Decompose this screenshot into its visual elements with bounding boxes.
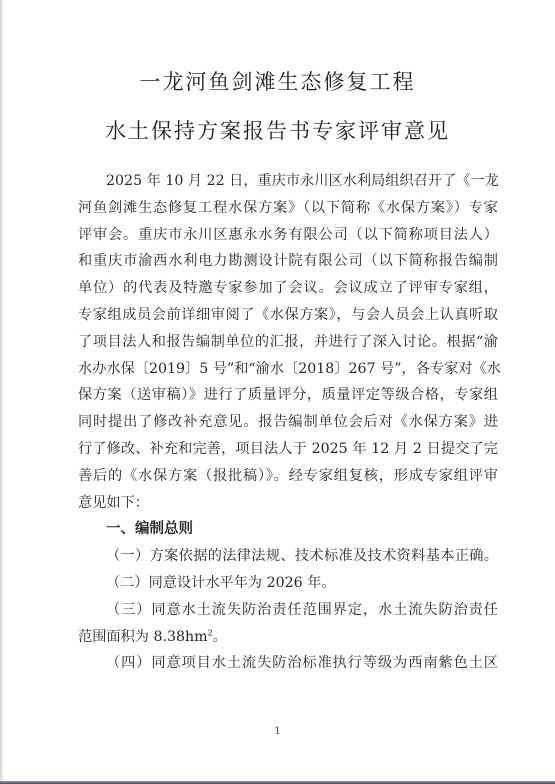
paragraph-line: 专家组成员会前详细审阅了《水保方案》，与会人员会上认真听取 [78, 302, 498, 329]
area-value: 范围面积为 8.38hm [78, 629, 208, 645]
paragraph-line: 评审会。重庆市永川区惠永水务有限公司（以下简称项目法人） [78, 222, 498, 249]
section-item-4-line1: （四）同意项目水土流失防治标准执行等级为西南紫色土区 [78, 650, 498, 677]
paragraph-line: 水办水保〔2019〕5 号”和“渝水〔2018〕267 号”，各专家对《水 [78, 356, 498, 383]
paragraph-line: 意见如下： [78, 490, 498, 517]
paragraph-line: 单位）的代表及特邀专家参加了会议。会议成立了评审专家组， [78, 275, 498, 302]
area-suffix: 。 [213, 629, 227, 645]
section-item-1: （一）方案依据的法律法规、技术标准及技术资料基本正确。 [78, 543, 498, 570]
document-title-line2: 水土保持方案报告书专家评审意见 [0, 118, 555, 144]
paragraph-line: 善后的《水保方案（报批稿）》。经专家组复核，形成专家组评审 [78, 463, 498, 490]
document-title-line1: 一龙河鱼剑滩生态修复工程 [0, 69, 555, 95]
paragraph-line: 行了修改、补充和完善，项目法人于 2025 年 12 月 2 日提交了完 [78, 436, 498, 463]
page-number: 1 [0, 726, 555, 737]
paragraph-line: 了项目法人和报告编制单位的汇报，并进行了深入讨论。根据“渝 [78, 329, 498, 356]
document-body: 2025 年 10 月 22 日，重庆市永川区水利局组织召开了《一龙 河鱼剑滩生… [78, 168, 498, 677]
paragraph-line: 和重庆市渝西水利电力勘测设计院有限公司（以下简称报告编制 [78, 248, 498, 275]
paragraph-line: 2025 年 10 月 22 日，重庆市永川区水利局组织召开了《一龙 [78, 168, 498, 195]
section-item-3-line1: （三）同意水土流失防治责任范围界定，水土流失防治责任 [78, 597, 498, 624]
document-page: 一龙河鱼剑滩生态修复工程 水土保持方案报告书专家评审意见 2025 年 10 月… [0, 0, 555, 784]
section-item-3-line2: 范围面积为 8.38hm2。 [78, 624, 498, 651]
section-heading: 一、编制总则 [78, 516, 498, 543]
paragraph-line: 保方案（送审稿）》进行了质量评分，质量评定等级合格，专家组 [78, 382, 498, 409]
paragraph-line: 河鱼剑滩生态修复工程水保方案》（以下简称《水保方案》）专家 [78, 195, 498, 222]
section-item-2: （二）同意设计水平年为 2026 年。 [78, 570, 498, 597]
paragraph-line: 同时提出了修改补充意见。报告编制单位会后对《水保方案》进 [78, 409, 498, 436]
